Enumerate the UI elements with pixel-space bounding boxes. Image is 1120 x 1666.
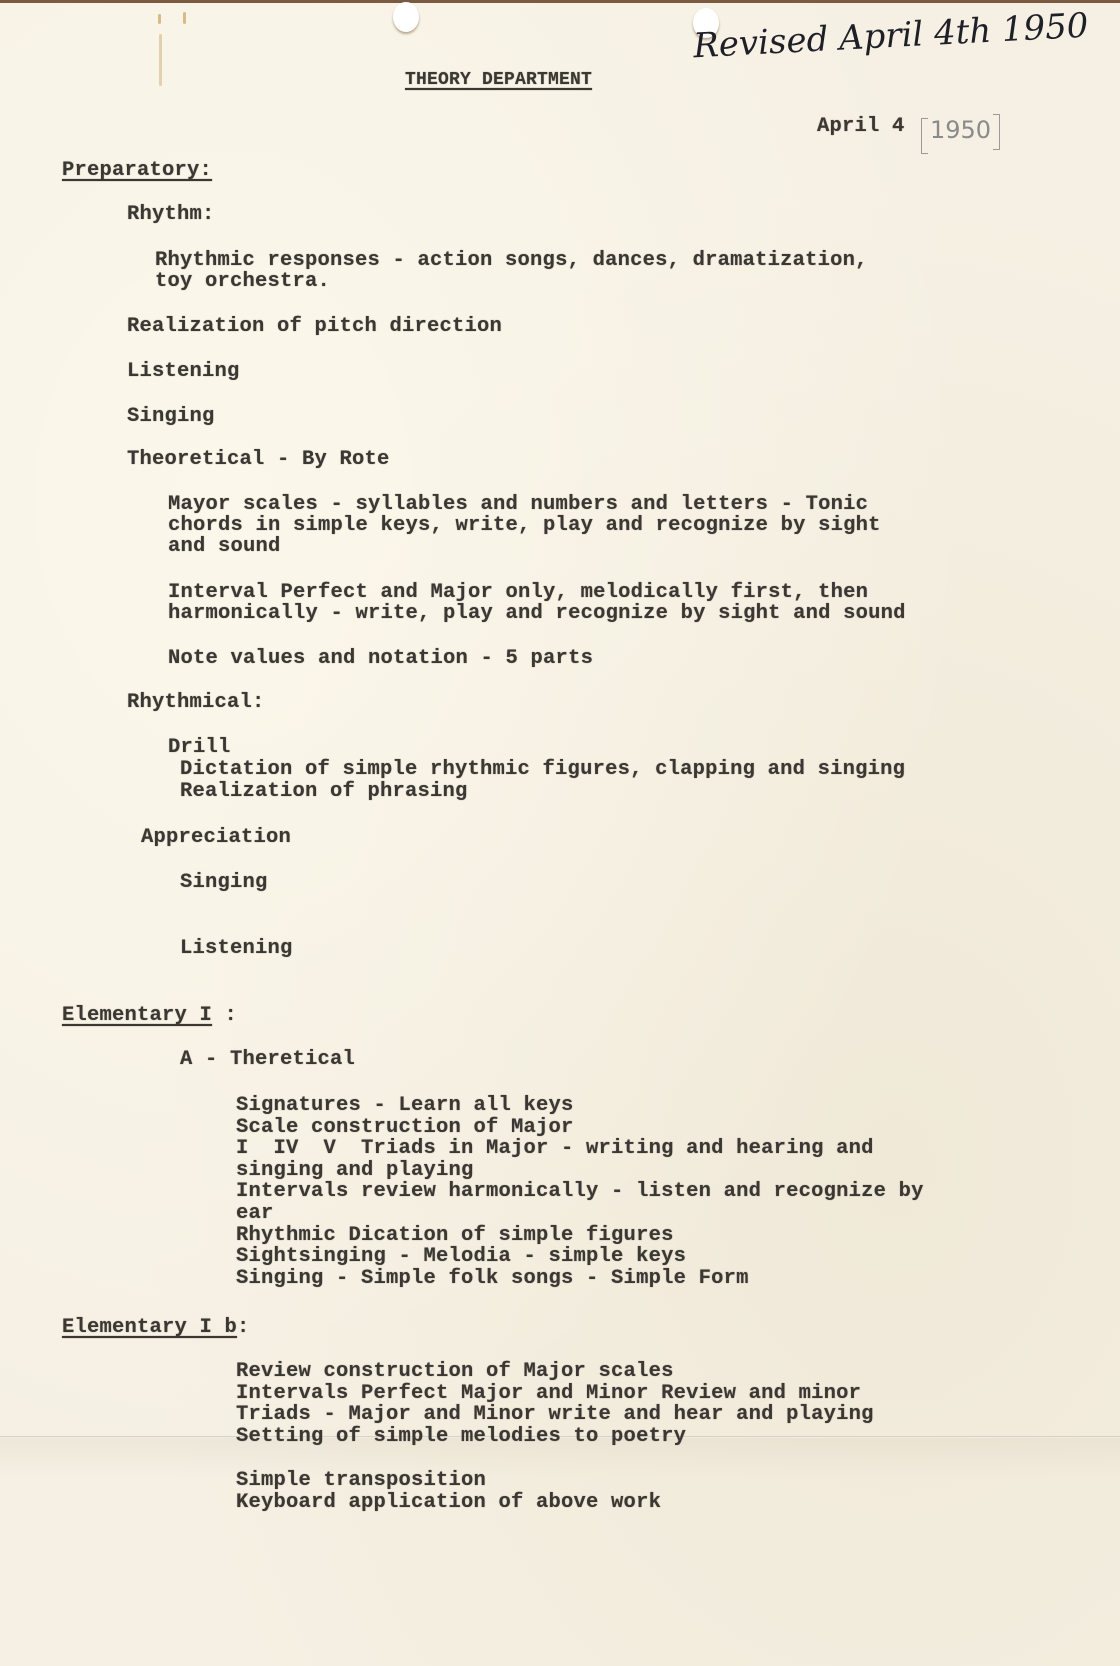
- pencil-bracket-right: [993, 114, 1000, 150]
- list-line: Review construction of Major scales: [236, 1361, 674, 1383]
- list-line: Intervals Perfect Major and Minor Review…: [236, 1383, 861, 1405]
- rust-stain: [183, 12, 186, 24]
- theoretical-label: Theoretical - By Rote: [127, 449, 390, 471]
- interval-line: harmonically - write, play and recognize…: [168, 603, 906, 625]
- document-title: THEORY DEPARTMENT: [405, 69, 592, 91]
- list-line: Keyboard application of above work: [236, 1492, 661, 1514]
- list-line: Setting of simple melodies to poetry: [236, 1426, 686, 1448]
- list-line: Scale construction of Major: [236, 1117, 574, 1139]
- pencil-bracket-left: [921, 118, 928, 154]
- list-line: ear: [236, 1203, 274, 1225]
- elementary-1b-heading-suffix: :: [237, 1316, 250, 1339]
- elementary-1b-heading-text: Elementary I b: [62, 1316, 237, 1339]
- pitch-item: Realization of pitch direction: [127, 316, 502, 338]
- rhythm-label: Rhythm:: [127, 204, 215, 226]
- section-heading-elementary-1b: Elementary I b:: [62, 1317, 250, 1339]
- elementary-1-heading-text: Elementary I: [62, 1004, 212, 1027]
- elementary-1-heading-suffix: :: [212, 1004, 237, 1027]
- drill-item: Drill: [168, 737, 231, 759]
- scales-line: chords in simple keys, write, play and r…: [168, 515, 881, 537]
- appreciation-listening: Listening: [180, 938, 293, 960]
- interval-line: Interval Perfect and Major only, melodic…: [168, 582, 868, 604]
- punch-hole: [393, 2, 419, 32]
- list-line: Simple transposition: [236, 1470, 486, 1492]
- appreciation-singing: Singing: [180, 872, 268, 894]
- paper-top-edge: [0, 0, 1120, 3]
- section-heading-preparatory: Preparatory:: [62, 160, 212, 182]
- scales-line: Mayor scales - syllables and numbers and…: [168, 494, 868, 516]
- listening-item: Listening: [127, 361, 240, 383]
- list-line: singing and playing: [236, 1160, 474, 1182]
- notes-item: Note values and notation - 5 parts: [168, 648, 593, 670]
- rust-stain: [158, 14, 161, 24]
- list-line: Triads - Major and Minor write and hear …: [236, 1404, 874, 1426]
- appreciation-label: Appreciation: [141, 827, 291, 849]
- list-line: Rhythmic Dication of simple figures: [236, 1225, 674, 1247]
- phrasing-item: Realization of phrasing: [180, 781, 468, 803]
- elementary-1-sub-label: A - Theretical: [180, 1049, 355, 1071]
- rhythmical-label: Rhythmical:: [127, 692, 265, 714]
- dictation-item: Dictation of simple rhythmic figures, cl…: [180, 759, 905, 781]
- rust-stain: [159, 34, 162, 86]
- pencil-year-note: 1950: [930, 116, 991, 144]
- document-date: April 4: [817, 116, 905, 138]
- scales-line: and sound: [168, 536, 281, 558]
- list-line: Intervals review harmonically - listen a…: [236, 1181, 924, 1203]
- list-line: Singing - Simple folk songs - Simple For…: [236, 1268, 749, 1290]
- rhythm-line: Rhythmic responses - action songs, dance…: [155, 250, 868, 272]
- list-line: Signatures - Learn all keys: [236, 1095, 574, 1117]
- section-heading-elementary-1: Elementary I :: [62, 1005, 237, 1027]
- list-line: I IV V Triads in Major - writing and hea…: [236, 1138, 874, 1160]
- rhythm-line: toy orchestra.: [155, 271, 330, 293]
- list-line: Sightsinging - Melodia - simple keys: [236, 1246, 686, 1268]
- singing-item: Singing: [127, 406, 215, 428]
- handwritten-revision-note: Revised April 4th 1950: [692, 6, 1089, 67]
